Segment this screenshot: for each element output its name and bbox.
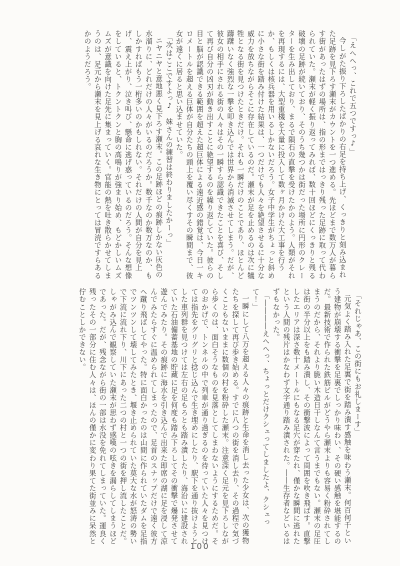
paragraph: 元気よく踏み入れた足裏で街を踏み潰す感触を味わう瀬末。何百何千という建物が崩壊す… bbox=[271, 288, 353, 545]
text-block-top: 「えへへっ、これで五つですっ♪」 今しがた振り下ろしたばかりの右足を持ち上げ、く… bbox=[56, 30, 358, 282]
paragraph: 今しがた振り下ろしたばかりの右足を持ち上げ、くっきりと刻み込まれた足跡を見下ろす… bbox=[174, 30, 347, 282]
paragraph: 一瞬にして八万を超える人々の痕跡と生命を消し去った少女は、次の獲物たちを探して再… bbox=[77, 288, 250, 545]
dialogue-line: 「――――えへへっ、ちょっとだけクシュってしましたよ、クシュって！」 bbox=[251, 288, 271, 545]
dialogue-line: 「えへへっ、これで五つですっ♪」 bbox=[348, 30, 358, 282]
page-number: 100 bbox=[0, 542, 400, 551]
dialogue-line: 「それじゃあ、この街にもお礼しまーす」 bbox=[353, 288, 363, 545]
text-block-bottom: 「それじゃあ、この街にもお礼しまーす」 元気よく踏み入れた足裏で街を踏み潰す感触… bbox=[45, 288, 363, 545]
dialogue-line: 「次はここですよっ♪ 妹さんの練習は終わりましたかーっ」 bbox=[164, 30, 174, 282]
novel-page: 「えへへっ、これで五つですっ♪」 今しがた振り下ろしたばかりの右足を持ち上げ、く… bbox=[0, 0, 400, 566]
paragraph: ニヤニヤと意地悪く見下ろす瀬末。この足跡ほどの痕跡しかない灰色の水溜りに、どれだ… bbox=[83, 30, 165, 282]
